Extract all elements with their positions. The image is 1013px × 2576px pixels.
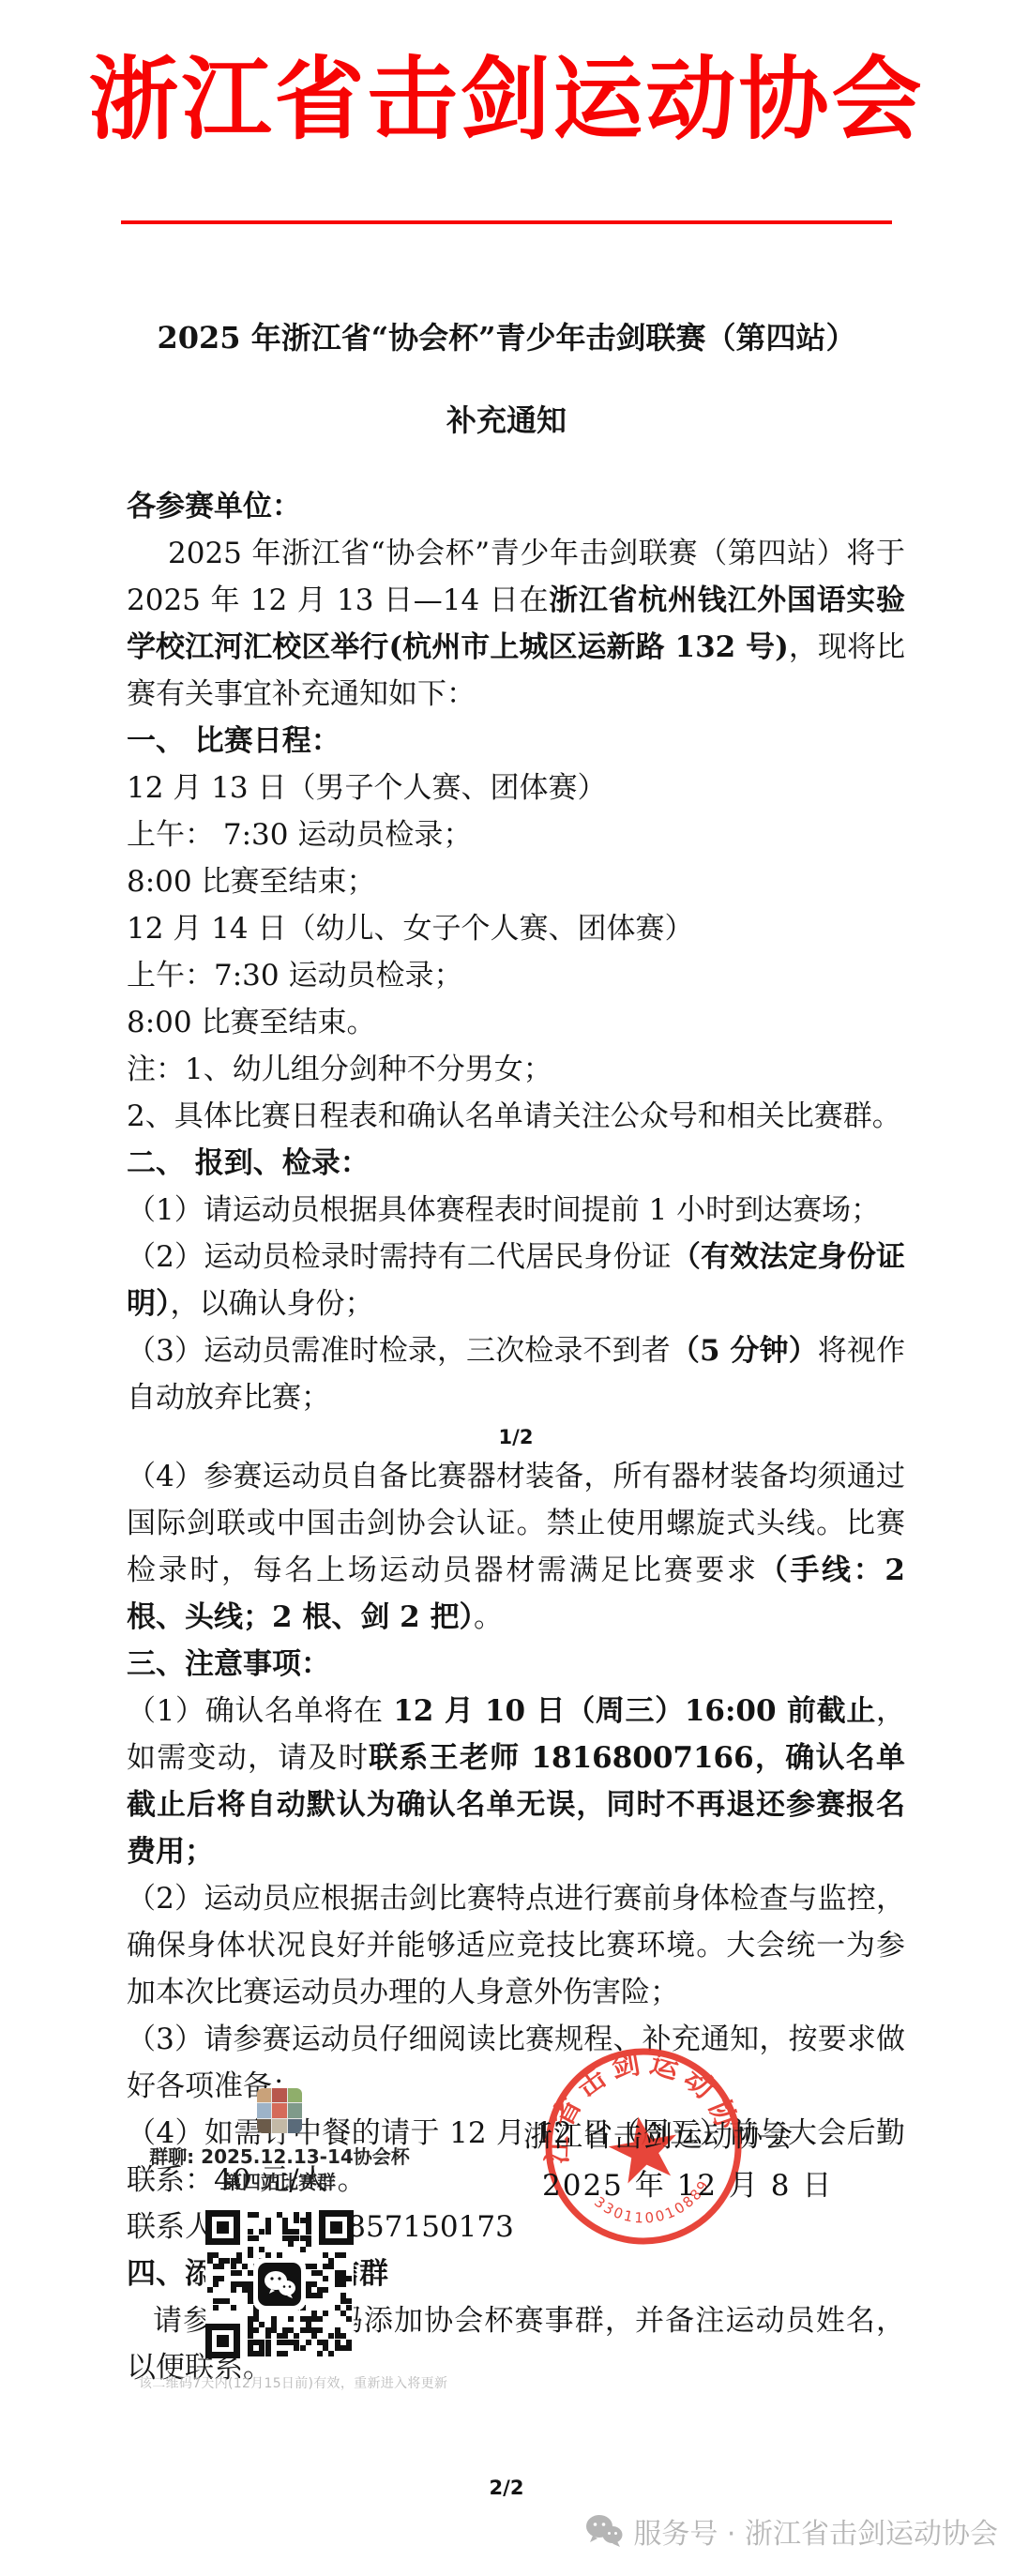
salutation: 各参赛单位： [127, 483, 905, 530]
schedule-day1-time2: 8:00 比赛至结束； [127, 858, 905, 905]
schedule-day2-time2: 8:00 比赛至结束。 [127, 999, 905, 1046]
intro-paragraph: 2025 年浙江省“协会杯”青少年击剑联赛（第四站）将于 2025 年 12 月… [127, 530, 905, 718]
item3-bold-text: （5 分钟） [671, 1334, 818, 1368]
qr-finder-icon [205, 2210, 240, 2245]
doc-subtitle: 补充通知 [0, 397, 1013, 440]
group-avatar [257, 2088, 302, 2133]
section-2-item-1: （1）请运动员根据具体赛程表时间提前 1 小时到达赛场； [127, 1187, 905, 1234]
item2-text: （2）运动员检录时需持有二代居民身份证 [127, 1240, 672, 1274]
deadline-bold-text: 12 月 10 日（周三）16:00 前截止 [393, 1694, 876, 1728]
signature-date: 2025 年 12 月 8 日 [542, 2161, 833, 2204]
wechat-service-icon [584, 2513, 624, 2549]
qr-finder-icon [205, 2324, 240, 2358]
notice-document: 浙江省击剑运动协会 2025 年浙江省“协会杯”青少年击剑联赛（第四站） 补充通… [0, 0, 1013, 2576]
wechat-logo-icon [253, 2258, 306, 2311]
qr-validity-note: 该二维码7天内(12月15日前)有效，重新进入将更新 [139, 2373, 420, 2392]
section-3-item-1: （1）确认名单将在 12 月 10 日（周三）16:00 前截止，如需变动，请及… [127, 1688, 905, 1875]
doc-title: 2025 年浙江省“协会杯”青少年击剑联赛（第四站） [0, 314, 1013, 357]
section-2-item-2: （2）运动员检录时需持有二代居民身份证（有效法定身份证明），以确认身份； [127, 1234, 905, 1327]
item4-text-post: 。 [474, 1600, 503, 1634]
section-3-item-2: （2）运动员应根据击剑比赛特点进行赛前身体检查与监控，确保身体状况良好并能够适应… [127, 1875, 905, 2016]
wechat-group-block: 群聊: 2025.12.13-14协会杯 第四站比赛群 [139, 2088, 420, 2392]
note-line-1: 注：1、幼儿组分剑种不分男女； [127, 1046, 905, 1093]
section-3-heading: 三、注意事项： [127, 1641, 905, 1688]
service-account-label: 服务号 · 浙江省击剑运动协会 [633, 2510, 998, 2552]
item3-text: （3）运动员需准时检录，三次检录不到者 [127, 1334, 671, 1368]
qr-finder-icon [319, 2210, 354, 2245]
section-1-heading: 一、 比赛日程： [127, 718, 905, 765]
s3-item1-text: （1）确认名单将在 [127, 1694, 393, 1728]
schedule-day1-time1: 上午： 7:30 运动员检录； [127, 811, 905, 858]
page-1-marker: 1/2 [127, 1421, 905, 1453]
schedule-day1: 12 月 13 日（男子个人赛、团体赛） [127, 765, 905, 811]
service-account-bar: 服务号 · 浙江省击剑运动协会 [0, 2510, 1013, 2552]
letterhead-divider [121, 220, 892, 224]
qr-code [205, 2210, 354, 2358]
signature-org: 浙江省击剑运动协会 [523, 2113, 794, 2155]
section-2-heading: 二、 报到、检录： [127, 1140, 905, 1187]
group-chat-label: 群聊: 2025.12.13-14协会杯 第四站比赛群 [139, 2144, 420, 2195]
section-2-item-3: （3）运动员需准时检录，三次检录不到者（5 分钟）将视作自动放弃比赛； [127, 1327, 905, 1421]
note-line-2: 2、具体比赛日程表和确认名单请关注公众号和相关比赛群。 [127, 1093, 905, 1140]
page-2-marker: 2/2 [0, 2477, 1013, 2499]
schedule-day2: 12 月 14 日（幼儿、女子个人赛、团体赛） [127, 905, 905, 952]
group-chat-label-line2: 第四站比赛群 [139, 2170, 420, 2195]
group-chat-label-line1: 群聊: 2025.12.13-14协会杯 [139, 2144, 420, 2170]
letterhead-org-title: 浙江省击剑运动协会 [0, 0, 1013, 164]
schedule-day2-time1: 上午：7:30 运动员检录； [127, 952, 905, 999]
section-2-item-4: （4）参赛运动员自备比赛器材装备，所有器材装备均须通过国际剑联或中国击剑协会认证… [127, 1453, 905, 1641]
item2-text-post: ，以确认身份； [171, 1287, 374, 1321]
